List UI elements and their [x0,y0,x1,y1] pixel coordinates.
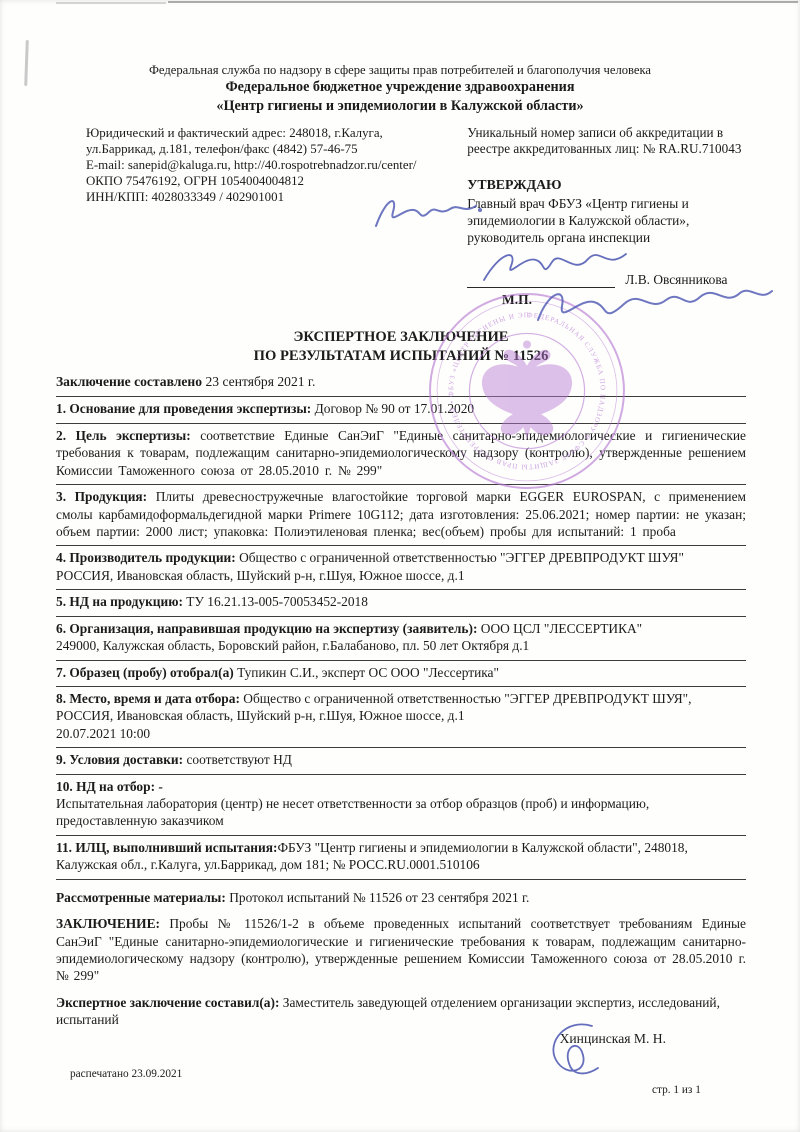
section-text: Тупикин С.И., эксперт ОС ООО "Лессертика… [237,665,499,680]
section-4-manufacturer: 4. Производитель продукции: Общество с о… [56,545,746,589]
section-8-sampling-place: 8. Место, время и дата отбора: Общество … [56,686,746,747]
approve-position: Главный врач ФБУЗ «Центр гигиены и эпиде… [467,196,748,247]
section-2-purpose: 2. Цель экспертизы: соответствие Единые … [56,423,746,484]
title-line1: ЭКСПЕРТНОЕ ЗАКЛЮЧЕНИЕ [56,328,746,347]
section-text: Договор № 90 от 17.01.2020 [315,401,475,416]
numbered-sections: 1. Основание для проведения экспертизы: … [56,396,746,879]
org-contact-line: E-mail: sanepid@kaluga.ru, http://40.ros… [86,157,467,173]
section-label: 5. НД на продукцию: [56,594,183,609]
section-text: соответствуют НД [186,752,291,767]
title-line2: ПО РЕЗУЛЬТАТАМ ИСПЫТАНИЙ № 11526 [56,347,746,366]
section-label: 6. Организация, направившая продукцию на… [56,621,477,636]
section-1-basis: 1. Основание для проведения экспертизы: … [56,396,746,422]
org-address-line: ул.Баррикад, д.181, телефон/факс (4842) … [86,141,467,157]
accreditation-record: Уникальный номер записи об аккредитации … [467,125,748,157]
composer-label: Экспертное заключение составил(а): [56,995,279,1010]
section-extra-line: 249000, Калужская область, Боровский рай… [56,637,746,654]
section-10-nd-sampling: 10. НД на отбор: - Испытательная лаборат… [56,774,746,835]
signer-name: Л.В. Овсянникова [625,272,727,288]
approve-heading: УТВЕРЖДАЮ [467,177,748,194]
org-registry-line: ОКПО 75476192, ОГРН 1054004004812 [86,173,467,189]
page-indicator: стр. 1 из 1 [652,1084,701,1096]
scanned-document-page: Федеральная служба по надзору в сфере за… [0,0,800,1132]
section-label: 4. Производитель продукции: [56,550,236,565]
seal-place-mark: М.П. [502,292,532,308]
section-text: ТУ 16.21.13-005-70053452-2018 [186,594,368,609]
institution-name: Федеральное бюджетное учреждение здравоо… [0,78,800,96]
section-11-laboratory: 11. ИЛЦ, выполнивший испытания:ФБУЗ "Цен… [56,835,746,879]
section-9-delivery: 9. Условия доставки: соответствуют НД [56,747,746,773]
section-5-nd-product: 5. НД на продукцию: ТУ 16.21.13-005-7005… [56,589,746,615]
section-extra-line: 20.07.2021 10:00 [56,725,746,742]
section-label: 9. Условия доставки: [56,752,183,767]
document-body: ЭКСПЕРТНОЕ ЗАКЛЮЧЕНИЕ ПО РЕЗУЛЬТАТАМ ИСП… [0,328,800,1047]
section-label: 1. Основание для проведения экспертизы: [56,401,311,416]
section-label: 2. Цель экспертизы: [56,428,191,443]
top-info-row: Юридический и фактический адрес: 248018,… [0,115,800,288]
section-label: 8. Место, время и дата отбора: [56,691,240,706]
signature-line [467,253,615,288]
document-title: ЭКСПЕРТНОЕ ЗАКЛЮЧЕНИЕ ПО РЕЗУЛЬТАТАМ ИСП… [56,328,746,367]
reviewed-label: Рассмотренные материалы: [56,890,226,905]
composer-name: Хинцинская М. Н. [56,1031,746,1047]
conclusion-paragraph: ЗАКЛЮЧЕНИЕ: Пробы № 11526/1-2 в объеме п… [56,915,746,985]
composed-date-line: Заключение составлено 23 сентября 2021 г… [56,374,746,390]
org-inn-line: ИНН/КПП: 4028033349 / 402901001 [86,189,467,205]
conclusion-label: ЗАКЛЮЧЕНИЕ: [56,916,160,931]
section-text: ООО ЦСЛ "ЛЕССЕРТИКА" [481,621,642,636]
printed-date: распечатано 23.09.2021 [70,1068,182,1080]
signature-row: Л.В. Овсянникова [467,253,748,288]
section-label: 11. ИЛЦ, выполнивший испытания: [56,840,277,855]
organization-details: Юридический и фактический адрес: 248018,… [86,125,467,288]
section-6-applicant: 6. Организация, направившая продукцию на… [56,616,746,660]
reviewed-text: Протокол испытаний № 11526 от 23 сентябр… [229,890,529,905]
section-label: 7. Образец (пробу) отобрал(а) [56,665,234,680]
section-extra-line: Испытательная лаборатория (центр) не нес… [56,795,656,830]
composed-label: Заключение составлено [56,374,202,389]
conclusion-text: Пробы № 11526/1-2 в объеме проведенных и… [56,916,746,983]
section-label: 3. Продукция: [56,489,147,504]
section-text: Общество с ограниченной ответственностью… [239,550,684,565]
scan-artifact-line [168,1,798,3]
agency-name: Федеральная служба по надзору в сфере за… [0,62,800,78]
org-address-line: Юридический и фактический адрес: 248018,… [86,125,467,141]
composed-date: 23 сентября 2021 г. [205,374,315,389]
reviewed-materials: Рассмотренные материалы: Протокол испыта… [56,889,746,906]
section-extra-line: РОССИЯ, Ивановская область, Шуйский р-н,… [56,567,746,584]
composer-paragraph: Экспертное заключение составил(а): Замес… [56,994,746,1029]
section-3-product: 3. Продукция: Плиты древесностружечные в… [56,484,746,545]
section-text: Плиты древесностружечные влагостойкие то… [56,489,746,539]
center-name: «Центр гигиены и эпидемиологии в Калужск… [0,97,800,115]
document-header: Федеральная служба по надзору в сфере за… [0,62,800,115]
section-7-sampler: 7. Образец (пробу) отобрал(а) Тупикин С.… [56,660,746,686]
section-label: 10. НД на отбор: - [56,779,163,794]
scan-artifact-line [56,2,166,4]
approval-column: Уникальный номер записи об аккредитации … [467,125,748,288]
